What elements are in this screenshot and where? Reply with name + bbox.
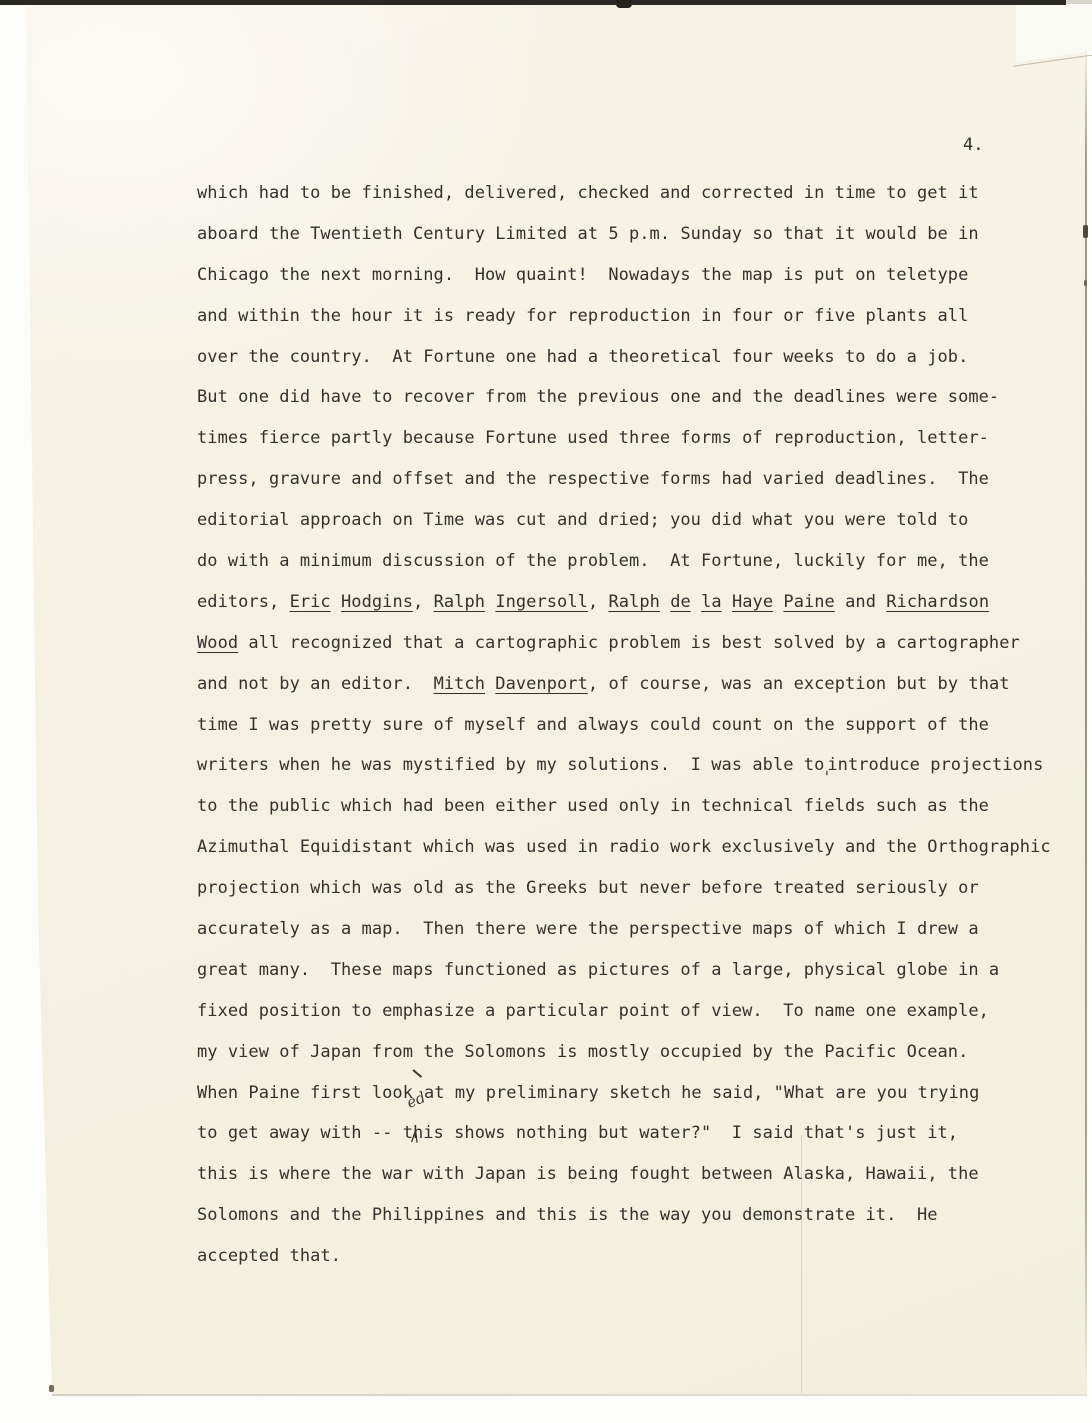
scanned-typescript-page: 4. which had to be finished, delivered, … (0, 0, 1092, 1423)
typed-text: , (588, 592, 609, 612)
underlined-name: Ralph (608, 592, 659, 612)
typed-text: When Paine first look (197, 1083, 413, 1103)
typescript-line-14: time I was pretty sure of myself and alw… (197, 705, 1077, 746)
scan-speck (1083, 225, 1088, 238)
typed-text: at my preliminary sketch he said, "What … (424, 1083, 979, 1103)
paper-bottom-edge (52, 1394, 1087, 1396)
typed-text (773, 592, 783, 612)
typed-text: this is where the war with Japan is bein… (197, 1164, 979, 1184)
typed-text: fixed position to emphasize a particular… (197, 1001, 989, 1021)
typed-text (722, 592, 732, 612)
typed-text: do with a minimum discussion of the prob… (197, 551, 989, 571)
tick-glyph: ' (822, 757, 831, 798)
typescript-line-16: to the public which had been either used… (197, 786, 1077, 827)
scan-artifact-top-right (1066, 0, 1092, 4)
typed-text: my view of Japan from the Solomons is mo… (197, 1042, 968, 1062)
underlined-name: la (701, 592, 722, 612)
typescript-line-22: my view of Japan from the Solomons is mo… (197, 1032, 1077, 1073)
underlined-name: Mitch (434, 674, 485, 694)
typed-text: Solomons and the Philippines and this is… (197, 1205, 938, 1225)
paper-crease (801, 1135, 802, 1393)
typed-text: to the public which had been either used… (197, 796, 989, 816)
typed-text: , (413, 592, 434, 612)
underlined-name: Davenport (495, 674, 588, 694)
typed-text: introduce projections (827, 755, 1043, 775)
typescript-line-17: Azimuthal Equidistant which was used in … (197, 827, 1077, 868)
typed-text: press, gravure and offset and the respec… (197, 469, 989, 489)
typed-text: projection which was old as the Greeks b… (197, 878, 979, 898)
typescript-line-13: and not by an editor. Mitch Davenport, o… (197, 664, 1077, 705)
typed-text: and (835, 592, 886, 612)
typescript-line-2: aboard the Twentieth Century Limited at … (197, 214, 1077, 255)
typescript-line-23: When Paine first looked∧at my preliminar… (197, 1073, 1077, 1114)
typed-text: over the country. At Fortune one had a t… (197, 347, 968, 367)
underlined-name: Eric (290, 592, 331, 612)
typescript-line-4: and within the hour it is ready for repr… (197, 296, 1077, 337)
underlined-name: Hodgins (341, 592, 413, 612)
underlined-name: Paine (783, 592, 834, 612)
underlined-name: Haye (732, 592, 773, 612)
typescript-line-1: which had to be finished, delivered, che… (197, 173, 1077, 214)
typescript-line-25: this is where the war with Japan is bein… (197, 1154, 1077, 1195)
page-number: 4. (963, 135, 983, 155)
typed-text: Azimuthal Equidistant which was used in … (197, 837, 1051, 857)
typescript-line-24: to get away with -- this shows nothing b… (197, 1113, 1077, 1154)
typescript-line-3: Chicago the next morning. How quaint! No… (197, 255, 1077, 296)
paper-sheet: 4. which had to be finished, delivered, … (0, 5, 1087, 1396)
typed-text (660, 592, 670, 612)
typescript-line-11: editors, Eric Hodgins, Ralph Ingersoll, … (197, 582, 1077, 623)
typed-text: , of course, was an exception but by tha… (588, 674, 1010, 694)
scan-artifact-top-edge (0, 0, 1066, 5)
paper-right-edge (1085, 48, 1087, 1388)
typed-text: accurately as a map. Then there were the… (197, 919, 979, 939)
typescript-line-10: do with a minimum discussion of the prob… (197, 541, 1077, 582)
typed-text (485, 592, 495, 612)
typescript-line-26: Solomons and the Philippines and this is… (197, 1195, 1077, 1236)
scan-speck (1084, 280, 1087, 286)
typescript-line-5: over the country. At Fortune one had a t… (197, 337, 1077, 378)
underlined-name: de (670, 592, 691, 612)
typescript-line-12: Wood all recognized that a cartographic … (197, 623, 1077, 664)
typed-text (485, 674, 495, 694)
typescript-line-6: But one did have to recover from the pre… (197, 377, 1077, 418)
typed-text: editors, (197, 592, 290, 612)
typescript-line-9: editorial approach on Time was cut and d… (197, 500, 1077, 541)
typed-text: times fierce partly because Fortune used… (197, 428, 989, 448)
underlined-name: Wood (197, 633, 238, 653)
typed-text: But one did have to recover from the pre… (197, 387, 999, 407)
underlined-name: Richardson (886, 592, 989, 612)
underlined-name: Ingersoll (495, 592, 588, 612)
typed-text (331, 592, 341, 612)
typed-text: which had to be finished, delivered, che… (197, 183, 979, 203)
typed-text: and within the hour it is ready for repr… (197, 306, 968, 326)
typescript-line-8: press, gravure and offset and the respec… (197, 459, 1077, 500)
typed-text: Chicago the next morning. How quaint! No… (197, 265, 968, 285)
typed-text (691, 592, 701, 612)
typescript-line-20: great many. These maps functioned as pic… (197, 950, 1077, 991)
underlined-name: Ralph (434, 592, 485, 612)
typed-text: to get away with -- this shows nothing b… (197, 1123, 958, 1143)
typescript-line-15: writers when he was mystified by my solu… (197, 745, 1077, 786)
scan-artifact-top-blob (616, 0, 632, 8)
typed-text: great many. These maps functioned as pic… (197, 960, 999, 980)
typescript-line-19: accurately as a map. Then there were the… (197, 909, 1077, 950)
typed-text: aboard the Twentieth Century Limited at … (197, 224, 979, 244)
typed-text: and not by an editor. (197, 674, 434, 694)
typed-text: time I was pretty sure of myself and alw… (197, 715, 989, 735)
typescript-body: which had to be finished, delivered, che… (197, 173, 1077, 1277)
typed-text: editorial approach on Time was cut and d… (197, 510, 968, 530)
typescript-line-18: projection which was old as the Greeks b… (197, 868, 1077, 909)
typed-text: all recognized that a cartographic probl… (238, 633, 1020, 653)
scan-speck (49, 1385, 54, 1392)
typed-text: accepted that. (197, 1246, 341, 1266)
typescript-line-27: accepted that. (197, 1236, 1077, 1277)
typescript-line-21: fixed position to emphasize a particular… (197, 991, 1077, 1032)
typed-text: writers when he was mystified by my solu… (197, 755, 824, 775)
typescript-line-7: times fierce partly because Fortune used… (197, 418, 1077, 459)
